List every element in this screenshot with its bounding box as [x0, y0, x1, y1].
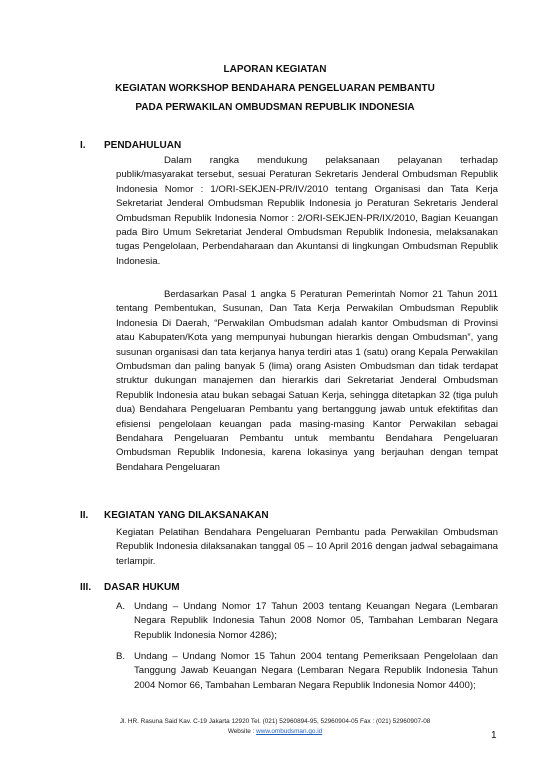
paragraph-pendahuluan-2: Berdasarkan Pasal 1 angka 5 Peraturan Pe…: [116, 288, 498, 475]
document-title: LAPORAN KEGIATAN: [0, 64, 550, 75]
list-marker: A.: [116, 600, 125, 614]
section-heading-kegiatan: II.KEGIATAN YANG DILAKSANAKAN: [80, 510, 269, 521]
list-marker: B.: [116, 650, 125, 664]
list-item: B. Undang – Undang Nomor 15 Tahun 2004 t…: [116, 650, 498, 693]
section-title: PENDAHULUAN: [104, 140, 181, 151]
paragraph-pendahuluan-1: Dalam rangka mendukung pelaksanaan pelay…: [116, 154, 498, 269]
website-link[interactable]: www.ombudsman.go.id: [256, 728, 322, 735]
section-title: KEGIATAN YANG DILAKSANAKAN: [104, 510, 269, 521]
section-heading-dasar-hukum: III.DASAR HUKUM: [80, 582, 180, 593]
section-number: I.: [80, 140, 104, 151]
section-heading-pendahuluan: I.PENDAHULUAN: [80, 140, 181, 151]
paragraph-kegiatan: Kegiatan Pelatihan Bendahara Pengeluaran…: [116, 526, 498, 569]
list-item: A. Undang – Undang Nomor 17 Tahun 2003 t…: [116, 600, 498, 643]
section-number: III.: [80, 582, 104, 593]
section-number: II.: [80, 510, 104, 521]
footer-address: Jl. HR. Rasuna Said Kav. C-19 Jakarta 12…: [0, 718, 550, 725]
document-subtitle-2: PADA PERWAKILAN OMBUDSMAN REPUBLIK INDON…: [0, 102, 550, 113]
document-subtitle: KEGIATAN WORKSHOP BENDAHARA PENGELUARAN …: [0, 83, 550, 94]
footer-website: Website : www.ombudsman.go.id: [0, 728, 550, 735]
section-title: DASAR HUKUM: [104, 582, 180, 593]
page-number: 1: [491, 730, 497, 741]
